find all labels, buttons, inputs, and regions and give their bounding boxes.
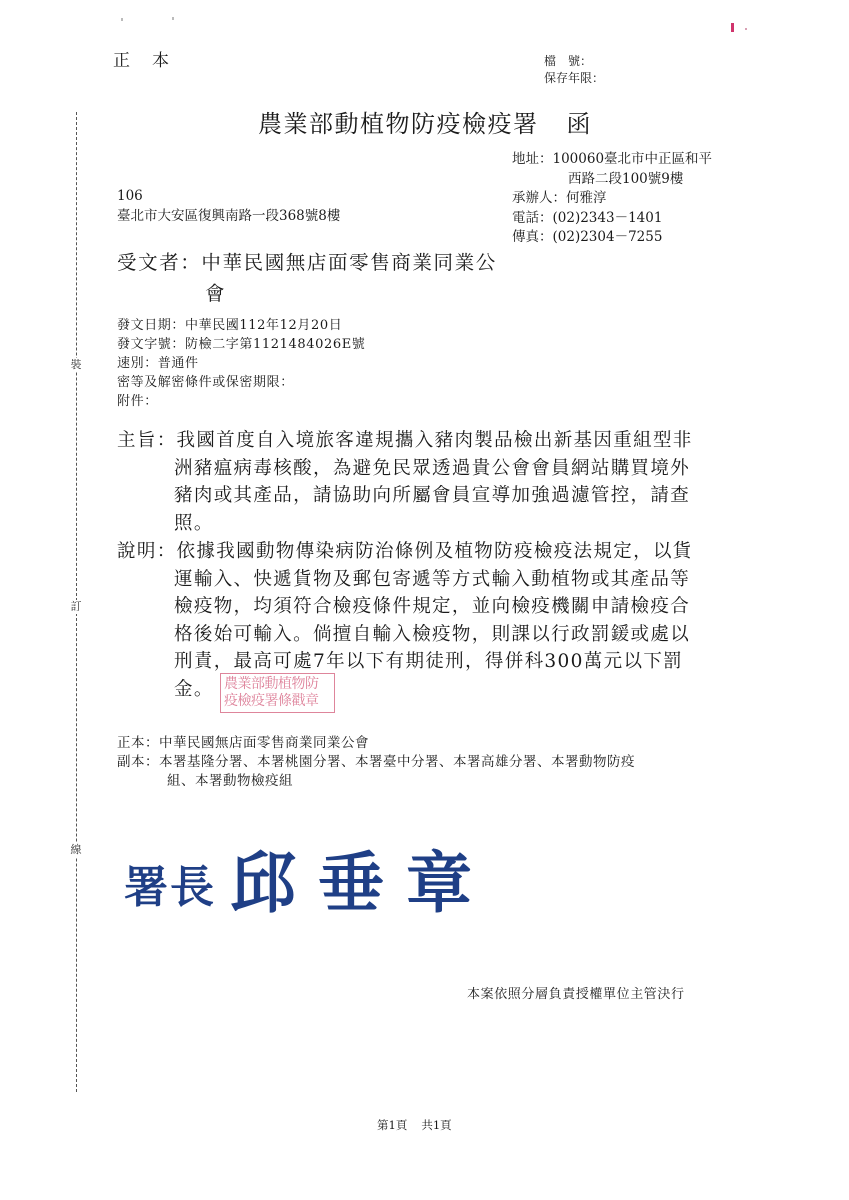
sender-contact-block: 地址：100060臺北市中正區和平 西路二段100號9樓 承辦人：何雅淳 電話：… xyxy=(512,150,712,248)
confidentiality: 密等及解密條件或保密期限： xyxy=(117,373,365,392)
archive-info: 檔 號： 保存年限： xyxy=(544,53,604,87)
delegation-note: 本案依照分層負責授權單位主管決行 xyxy=(467,983,685,1002)
explanation-line: 說明：依據我國動物傳染病防治條例及植物防疫檢疫法規定，以貨 xyxy=(117,538,693,566)
recipient-address-block: 106 臺北市大安區復興南路一段368號8樓 xyxy=(117,186,340,226)
addressee-line1: 受文者：中華民國無店面零售商業同業公 xyxy=(117,247,497,278)
binding-label-zhuang: 裝 xyxy=(68,358,84,372)
seal-line2: 疫檢疫署條戳章 xyxy=(224,693,331,710)
page-number: 第1頁共1頁 xyxy=(377,1117,452,1133)
seal-line1: 農業部動植物防 xyxy=(224,676,331,693)
binding-label-ding: 訂 xyxy=(68,600,84,614)
scan-speck xyxy=(121,18,123,21)
copy-recipients-line2: 組、本署動物檢疫組 xyxy=(117,772,635,791)
addressee-line2: 會 xyxy=(117,278,497,309)
recipient-postal-code: 106 xyxy=(117,186,340,206)
signature-name: 邱垂章 xyxy=(230,844,494,922)
phone-number: 電話：(02)2343－1401 xyxy=(512,209,712,229)
red-ink-mark xyxy=(745,28,747,30)
explanation-line: 金。 xyxy=(117,676,693,704)
priority: 速別：普通件 xyxy=(117,354,365,373)
issue-date: 發文日期：中華民國112年12月20日 xyxy=(117,316,365,335)
explanation-line: 格後始可輸入。倘擅自輸入檢疫物，則課以行政罰鍰或處以 xyxy=(117,621,693,649)
archive-number-label: 檔 號： xyxy=(544,53,604,70)
fax-number: 傳真：(02)2304－7255 xyxy=(512,228,712,248)
explanation-line: 運輸入、快遞貨物及郵包寄遞等方式輸入動植物或其產品等 xyxy=(117,566,693,594)
agency-name: 農業部動植物防疫檢疫署 xyxy=(258,110,539,138)
document-number: 發文字號：防檢二字第1121484026E號 xyxy=(117,335,365,354)
red-ink-mark xyxy=(731,23,734,32)
recipient-address: 臺北市大安區復興南路一段368號8樓 xyxy=(117,206,340,226)
distribution-list: 正本：中華民國無店面零售商業同業公會 副本：本署基隆分署、本署桃園分署、本署臺中… xyxy=(117,734,635,791)
director-signature-stamp: 署長邱垂章 xyxy=(124,830,494,925)
sender-address-line1: 地址：100060臺北市中正區和平 xyxy=(512,150,712,170)
subject-line: 洲豬瘟病毒核酸，為避免民眾透過貴公會會員網站購買境外 xyxy=(117,455,693,483)
binding-label-xian: 線 xyxy=(68,843,84,857)
sender-address-line2: 西路二段100號9樓 xyxy=(512,170,712,190)
retention-label: 保存年限： xyxy=(544,70,604,87)
subject-line: 豬肉或其產品，請協助向所屬會員宣導加強過濾管控，請查 xyxy=(117,482,693,510)
copy-type-label: 正本 xyxy=(113,46,191,71)
subject-line: 照。 xyxy=(117,510,693,538)
signature-rank: 署長 xyxy=(124,862,216,913)
handler-name: 承辦人：何雅淳 xyxy=(512,189,712,209)
subject-line: 主旨：我國首度自入境旅客違規攜入豬肉製品檢出新基因重組型非 xyxy=(117,427,693,455)
total-pages: 共1頁 xyxy=(421,1118,451,1132)
explanation-section: 說明：依據我國動物傳染病防治條例及植物防疫檢疫法規定，以貨 運輸入、快遞貨物及郵… xyxy=(117,538,693,703)
addressee: 受文者：中華民國無店面零售商業同業公 會 xyxy=(117,247,497,309)
explanation-line: 刑責，最高可處7年以下有期徒刑，得併科300萬元以下罰 xyxy=(117,648,693,676)
document-metadata: 發文日期：中華民國112年12月20日 發文字號：防檢二字第1121484026… xyxy=(117,316,365,411)
explanation-line: 檢疫物，均須符合檢疫條件規定，並向檢疫機關申請檢疫合 xyxy=(117,593,693,621)
current-page: 第1頁 xyxy=(377,1118,407,1132)
copy-recipients-line1: 副本：本署基隆分署、本署桃園分署、本署臺中分署、本署高雄分署、本署動物防疫 xyxy=(117,753,635,772)
document-kind: 函 xyxy=(567,110,593,138)
attachments: 附件： xyxy=(117,392,365,411)
original-recipient: 正本：中華民國無店面零售商業同業公會 xyxy=(117,734,635,753)
document-title: 農業部動植物防疫檢疫署函 xyxy=(258,104,592,139)
subject-section: 主旨：我國首度自入境旅客違規攜入豬肉製品檢出新基因重組型非 洲豬瘟病毒核酸，為避… xyxy=(117,427,693,537)
official-seal-stamp: 農業部動植物防 疫檢疫署條戳章 xyxy=(220,673,335,713)
scan-speck xyxy=(172,17,174,20)
